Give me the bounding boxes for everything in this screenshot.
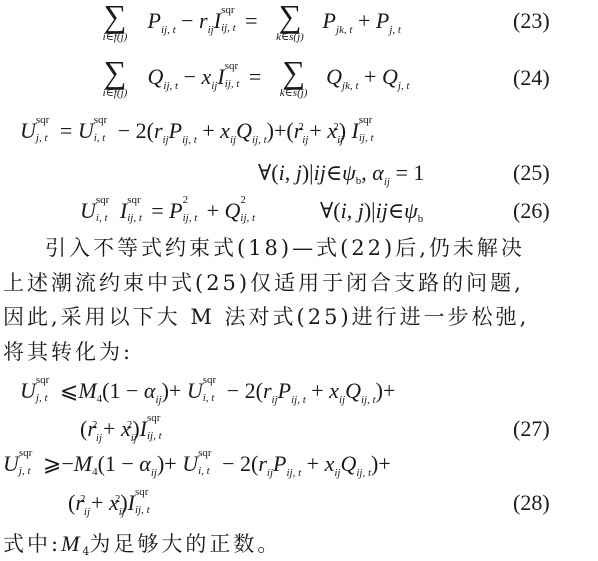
paragraph-line-2: 上述潮流约束中式(25)仅适用于闭合支路的问题, [3,267,524,297]
summation-symbol: ∑i∈f(j) [88,0,142,46]
equation-28-line1: Usqrj, t⩾−M4(1 − αij)+ Usqri, t− 2(rijPi… [3,451,391,479]
equation-28-line2: (rij2 + xij2)Isqrij, t [68,490,159,518]
footer-note: 式中:M4为足够大的正数。 [3,528,281,558]
equation-27-line2: (rij2 + xij2)Isqrij, t [80,416,171,444]
paragraph-line-3: 因此,采用以下大 M 法对式(25)进行进一步松弛, [3,301,529,331]
equation-number-26: (26) [513,198,550,224]
equation-number-28: (28) [513,490,550,516]
paragraph-line-1: 引入不等式约束式(18)—式(22)后,仍未解决 [45,232,525,262]
equation-26-condition: ∀(i, j)|ij∈ψb [320,198,423,225]
summation-symbol: ∑k∈s(j) [267,56,321,102]
equation-number-27: (27) [513,416,550,442]
footer-suffix: 为足够大的正数。 [89,532,281,556]
footer-prefix: 式中: [3,532,61,556]
summation-symbol: ∑i∈f(j) [88,56,142,102]
equation-number-24: (24) [513,65,550,91]
equation-23: ∑i∈f(j) Pij, t − rijIsqrij, t= ∑k∈s(j) P… [88,0,401,46]
equation-24: ∑i∈f(j) Qij, t − xijIsqrij, t= ∑k∈s(j) Q… [88,56,409,102]
summation-symbol: ∑k∈s(j) [263,0,317,46]
equation-number-25: (25) [513,160,550,186]
equation-25-line2: ∀(i, j)|ij∈ψb, αij = 1 [258,160,424,188]
equation-27-line1: Usqrj, t⩽M4(1 − αij)+ Usqri, t− 2(rijPij… [20,378,395,406]
equation-26: Usqri, tIsqrij, t= P2ij, t+ Q2ij, t [80,198,264,224]
equation-number-23: (23) [513,8,550,34]
paragraph-line-4: 将其转化为: [3,336,133,366]
equation-25-line1: Usqrj, t= Usqri, t− 2(rijPij, t + xijQij… [20,118,383,146]
footer-symbol: M [61,531,82,556]
